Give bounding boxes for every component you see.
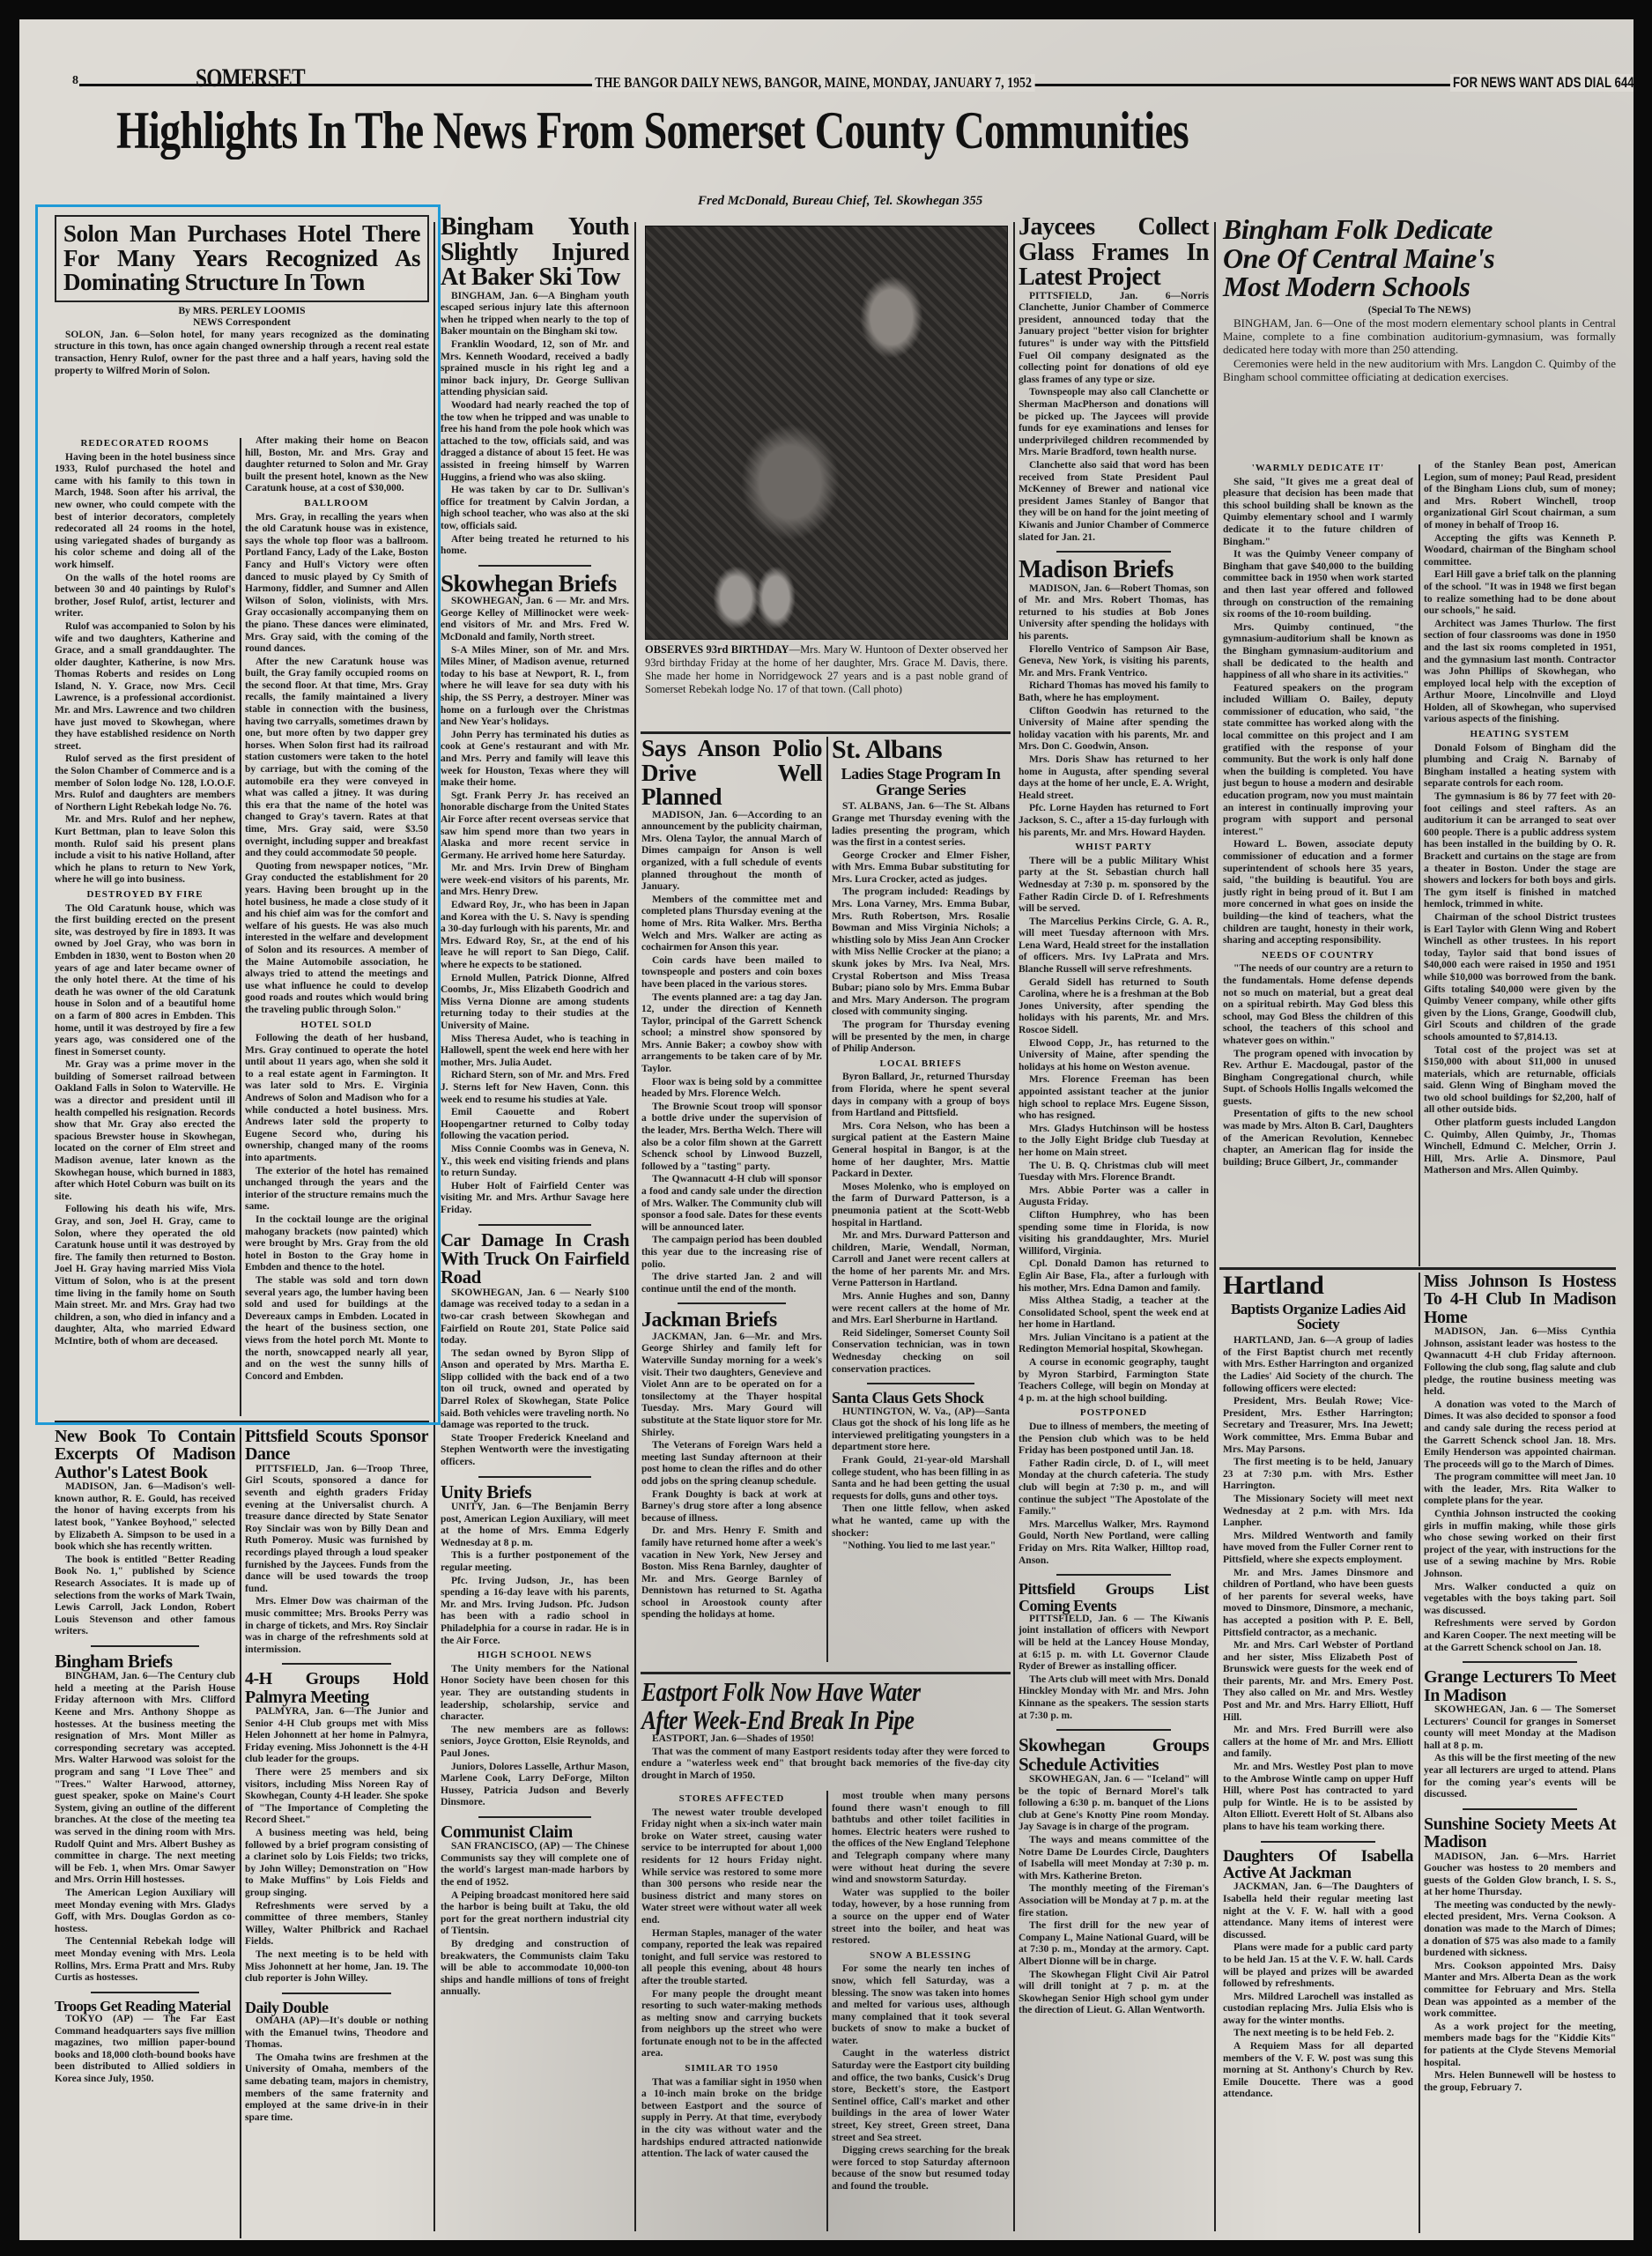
headline: Pittsfield Scouts Sponsor Dance [245,1428,428,1464]
photo-caption: OBSERVES 93rd BIRTHDAY—Mrs. Mary W. Hunt… [645,643,1008,696]
headline: Daughters Of Isabella Active At Jackman [1223,1848,1413,1882]
paragraph: This is a further postponement of the re… [441,1550,629,1574]
paragraph: S-A Miles Miner, son of Mr. and Mrs. Mil… [441,645,629,729]
subhead: HIGH SCHOOL NEWS [441,1650,629,1662]
paragraph: Earl Hill gave a brief talk on the plann… [1424,569,1616,617]
paragraph: most trouble when many persons found the… [832,1791,1010,1887]
paragraph: OMAHA (AP)—It's double or nothing with t… [245,2015,428,2052]
paragraph: Mrs. Gladys Hutchinson will be hostess t… [1019,1124,1209,1160]
article-jaycees: Jaycees Collect Glass Frames In Latest P… [1019,215,1209,2018]
paragraph: The program included: Readings by Mrs. L… [832,887,1010,1019]
divider [678,1302,786,1304]
paragraph: There will be a public Military Whist pa… [1019,856,1209,916]
paragraph: Cynthia Johnson instructed the cooking g… [1424,1509,1616,1581]
paragraph: The meeting was conducted by the newly-e… [1424,1900,1616,1960]
paragraph: Clifton Humphrey, who has been spending … [1019,1210,1209,1258]
paragraph: John Perry has terminated his duties as … [441,730,629,790]
divider [478,565,591,567]
byline-role: NEWS Correspondent [55,317,429,330]
paragraph: Other platform guests included Langdon C… [1424,1117,1616,1177]
lead-paragraph: SOLON, Jan. 6—Solon hotel, for many year… [55,330,429,377]
paragraph: There were 25 members and six visitors, … [245,1767,428,1827]
paragraph: Mrs. Quimby continued, "the gymnasium-au… [1223,622,1413,682]
article-jackman-briefs: Jackman Briefs JACKMAN, Jan. 6—Mr. and M… [641,1310,822,1621]
article-solon-hotel: Solon Man Purchases Hotel There For Many… [55,215,429,378]
paragraph: Cpl. Donald Damon has returned to Eglin … [1019,1258,1209,1295]
paragraph: Byron Ballard, Jr., returned Thursday fr… [832,1072,1010,1119]
subhead: REDECORATED ROOMS [55,438,235,450]
column-rule [1013,222,1015,2231]
paragraph: The Marcelius Perkins Circle, G. A. R., … [1019,916,1209,976]
paragraph: Mrs. Cookson appointed Mrs. Daisy Manter… [1424,1961,1616,2021]
paragraph: Ernold Mullen, Patrick Dionne, Alfred Co… [441,973,629,1033]
headline: Daily Double [245,2000,428,2015]
headline: Skowhegan Briefs [441,572,629,597]
paragraph: Mrs. Cora Nelson, who has been a surgica… [832,1121,1010,1181]
divider [478,1476,591,1478]
column-rule [433,222,435,2231]
paragraph: For some the nearly ten inches of snow, … [832,1963,1010,2047]
want-ads-line: FOR NEWS WANT ADS DIAL 6441 [1450,74,1633,92]
paragraph: A course in economic geography, taught b… [1019,1357,1209,1405]
paragraph: "Nothing. You lied to me last year." [832,1540,1010,1553]
headline: Communist Claim [441,1823,629,1841]
paragraph: The book is entitled "Better Reading Boo… [55,1555,235,1638]
paragraph: BINGHAM, Jan. 6—The Century club held a … [55,1671,235,1887]
headline: Madison Briefs [1019,558,1209,583]
article-grange-lecturers: Grange Lecturers To Meet In Madison SKOW… [1424,1668,1616,1801]
subhead: NEEDS OF COUNTRY [1223,950,1413,962]
paragraph: Coin cards have been mailed to townspeop… [641,955,822,991]
subhead: SIMILAR TO 1950 [641,2063,822,2075]
headline: Says Anson Polio Drive Well Planned [641,737,822,810]
subhead: POSTPONED [1019,1407,1209,1420]
headline: Unity Briefs [441,1483,629,1502]
paragraph: Miss Theresa Audet, who is teaching in H… [441,1034,629,1070]
divider [1463,1808,1578,1810]
paragraph: As this will be the first meeting of the… [1424,1753,1616,1800]
paragraph: President, Mrs. Beulah Rowe; Vice-Presid… [1223,1396,1413,1456]
paragraph: Edward Roy, Jr., who has been in Japan a… [441,900,629,972]
paragraph: The events planned are: a tag day Jan. 1… [641,992,822,1076]
paragraph: The campaign period has been doubled thi… [641,1235,822,1271]
article-unity-briefs: Unity Briefs UNITY, Jan. 6—The Benjamin … [441,1483,629,1809]
paragraph: The Arts club will meet with Mrs. Donald… [1019,1674,1209,1722]
eastport-col-1: STORES AFFECTED The newest water trouble… [641,1791,822,2162]
paragraph: The Old Caratunk house, which was the fi… [55,903,235,1059]
headline-line-1: Eastport Folk Now Have Water [641,1678,944,1706]
article-4h-palmyra: 4-H Groups Hold Palmyra Meeting PALMYRA,… [245,1670,428,1985]
column-rule [1419,1273,1420,2233]
subhead: WHIST PARTY [1019,842,1209,854]
headline: Hartland [1223,1273,1413,1300]
paragraph: The newest water trouble developed Frida… [641,1807,822,1927]
paragraph: Mrs. Annie Hughes and son, Danny were re… [832,1291,1010,1327]
divider [1056,1729,1171,1731]
paragraph: JACKMAN, Jan. 6—The Daughters of Isabell… [1223,1881,1413,1941]
paragraph: She said, "It gives me a great deal of p… [1223,477,1413,549]
paragraph: Mrs. Abbie Porter was a caller in August… [1019,1185,1209,1209]
divider [478,1816,591,1818]
paragraph: PITTSFIELD, Jan. 6 — The Kiwanis joint i… [1019,1614,1209,1673]
paragraph: Emil Caouette and Robert Hoopengartner r… [441,1107,629,1143]
paragraph: After making their home on Beacon hill, … [245,435,428,495]
column-rule [826,737,828,1662]
paragraph: Quoting from newspaper notices, "Mr. Gra… [245,861,428,1017]
paragraph: Floor wax is being sold by a committee h… [641,1077,822,1101]
paragraph: Donald Folsom of Bingham did the plumbin… [1424,743,1616,790]
headline-box: Solon Man Purchases Hotel There For Many… [55,215,429,302]
subhead: STORES AFFECTED [641,1793,822,1806]
headline: Car Damage In Crash With Truck On Fairfi… [441,1231,629,1288]
column-rule [240,438,241,1416]
paragraph: JACKMAN, Jan. 6—Mr. and Mrs. George Shir… [641,1332,822,1439]
paragraph: For many people the drought meant resort… [641,1989,822,2061]
paragraph: The first drill for the new year of Comp… [1019,1920,1209,1968]
paragraph: MADISON, Jan. 6—Miss Cynthia Johnson, as… [1424,1326,1616,1399]
paragraph: Mr. and Mrs. Rulof and her nephew, Kurt … [55,814,235,887]
paragraph: Then one little fellow, when asked what … [832,1503,1010,1540]
paragraph: Mr. and Mrs. Durward Patterson and child… [832,1230,1010,1290]
paragraph: Juniors, Dolores Lasselle, Arthur Mason,… [441,1762,629,1809]
headline: Bingham Youth Slightly Injured At Baker … [441,215,629,291]
paragraph: It was the Quimby Veneer company of Bing… [1223,549,1413,621]
paragraph: Sgt. Frank Perry Jr. has received an hon… [441,790,629,863]
paragraph: George Crocker and Elmer Fisher, with Mr… [832,850,1010,887]
paragraph: After the new Caratunk house was built, … [245,657,428,860]
paragraph: The U. B. Q. Christmas club will meet Tu… [1019,1161,1209,1184]
paragraph: SKOWHEGAN, Jan. 6 — Nearly $100 damage w… [441,1288,629,1347]
article-bingham-briefs: Bingham Briefs BINGHAM, Jan. 6—The Centu… [55,1652,235,1985]
paragraph: Frank Doughty is back at work at Barney'… [641,1489,822,1525]
subhead: SNOW A BLESSING [832,1950,1010,1963]
paragraph: Digging crews searching for the break we… [832,2145,1010,2193]
paragraph: Mrs. Mildred Larochell was installed as … [1223,1992,1413,2028]
article-st-albans: St. Albans Ladies Stage Program In Grang… [832,737,1010,1554]
paragraph: The sedan owned by Byron Slipp of Anson … [441,1348,629,1432]
paragraph: Mrs. Helen Bunnewell will be hostess to … [1424,2070,1616,2094]
subhead: BALLROOM [245,498,428,510]
paragraph: He was taken by car to Dr. Sullivan's of… [441,485,629,532]
article-new-book: New Book To Contain Excerpts Of Madison … [55,1428,235,2087]
paragraph: As a work project for the meeting, membe… [1424,2022,1616,2069]
page-number: 8 [72,74,78,88]
paragraph: Moses Molenko, who is employed on the fa… [832,1182,1010,1229]
paragraph: The Omaha twins are freshmen at the Univ… [245,2052,428,2125]
eastport-col-2: most trouble when many persons found the… [832,1791,1010,2194]
paragraph: The Missionary Society will meet next We… [1223,1494,1413,1530]
article-eastport: Eastport Folk Now Have Water After Week-… [641,1678,1010,1784]
section-rule [55,1421,429,1422]
paragraph: State Trooper Frederick Kneeland and Ste… [441,1433,629,1469]
paragraph: Refreshments were served by a committee … [245,1901,428,1948]
paragraph: Caught in the waterless district Saturda… [832,2048,1010,2144]
article-bingham-youth: Bingham Youth Slightly Injured At Baker … [441,215,629,2000]
paragraph: ST. ALBANS, Jan. 6—The St. Albans Grange… [832,801,1010,849]
article-daily-double: Daily Double OMAHA (AP)—It's double or n… [245,2000,428,2125]
headline: 4-H Groups Hold Palmyra Meeting [245,1670,428,1706]
paragraph: Herman Staples, manager of the water com… [641,1928,822,1988]
paragraph: Reid Sidelinger, Somerset County Soil Co… [832,1328,1010,1376]
paragraph: MADISON, Jan. 6—Mrs. Harriet Goucher was… [1424,1852,1616,1899]
subheadline: Baptists Organize Ladies Aid Society [1223,1302,1413,1332]
paragraph: Presentation of gifts to the new school … [1223,1109,1413,1169]
section-rule [641,731,1011,734]
paragraph: The program opened with invocation by Re… [1223,1049,1413,1109]
birthday-photo [645,226,1008,640]
headline-line-3: Most Modern Schools [1223,272,1616,301]
paragraph: Architect was James Thurlow. The first s… [1424,619,1616,726]
headline: Solon Man Purchases Hotel There For Many… [63,222,420,295]
paragraph: of the Stanley Bean post, American Legio… [1424,460,1616,532]
article-hartland: Hartland Baptists Organize Ladies Aid So… [1223,1273,1413,2102]
divider [1056,1574,1171,1576]
paragraph: Having been in the hotel business since … [55,452,235,572]
headline-line-2: One Of Central Maine's [1223,244,1616,273]
paragraph: Miss Connie Coombs was in Geneva, N. Y.,… [441,1144,629,1180]
paragraph: Father Radin circle, D. of I., will meet… [1019,1458,1209,1518]
dateline: THE BANGOR DAILY NEWS, BANGOR, MAINE, MO… [592,74,1034,92]
page-banner-headline: Highlights In The News From Somerset Cou… [116,100,1315,161]
paragraph: Refreshments were served by Gordon and K… [1424,1618,1616,1654]
paragraph: The Brownie Scout troop will sponsor a b… [641,1102,822,1174]
headline: St. Albans [832,737,1010,764]
lead-paragraph: Ceremonies were held in the new auditori… [1223,357,1616,383]
headline: Miss Johnson Is Hostess To 4-H Club In M… [1424,1273,1616,1326]
headline: New Book To Contain Excerpts Of Madison … [55,1428,235,1481]
headline-line-1: Bingham Folk Dedicate [1223,215,1616,244]
paragraph: The first meeting is to be held, January… [1223,1457,1413,1493]
divider [478,1224,591,1226]
paragraph: Mrs. Julian Vincitano is a patient at th… [1019,1332,1209,1356]
paragraph: BINGHAM, Jan. 6—A Bingham youth escaped … [441,291,629,338]
paragraph: In the cocktail lounge are the original … [245,1214,428,1274]
bingham-schools-col-2: of the Stanley Bean post, American Legio… [1424,460,1616,1178]
section-rule [641,1672,1011,1674]
paragraph: Rulof was accompanied to Solon by his wi… [55,621,235,753]
headline: Grange Lecturers To Meet In Madison [1424,1668,1616,1704]
subhead: DESTROYED BY FIRE [55,889,235,902]
paragraph: PALMYRA, Jan. 6—The Junior and Senior 4-… [245,1706,428,1766]
paragraph: The program for Thursday evening will be… [832,1020,1010,1056]
paragraph: SAN FRANCISCO, (AP) — The Chinese Commun… [441,1841,629,1889]
paragraph: Frank Gould, 21-year-old Marshall colleg… [832,1455,1010,1503]
paragraph: The next meeting is to be held Feb. 2. [1223,2028,1413,2040]
paragraph: The new members are as follows: seniors,… [441,1725,629,1761]
paragraph: The Unity members for the National Honor… [441,1664,629,1724]
paragraph: Mr. and Mrs. Carl Webster of Portland an… [1223,1640,1413,1724]
subhead: HOTEL SOLD [245,1020,428,1032]
paragraph: The American Legion Auxiliary will meet … [55,1888,235,1935]
section-rule [1219,1267,1616,1270]
paragraph: HARTLAND, Jan. 6—A group of ladies of th… [1223,1335,1413,1395]
paragraph: Following his death his wife, Mrs. Gray,… [55,1204,235,1347]
bureau-chief-line: Fred McDonald, Bureau Chief, Tel. Skowhe… [698,194,982,209]
subhead: 'WARMLY DEDICATE IT' [1223,463,1413,475]
paragraph: Mr. and Mrs. Westley Post plan to move t… [1223,1762,1413,1834]
paragraph: The Centennial Rebekah lodge will meet M… [55,1936,235,1984]
paragraph: UNITY, Jan. 6—The Benjamin Berry post, A… [441,1502,629,1549]
article-daughters-isabella: Daughters Of Isabella Active At Jackman … [1223,1848,1413,2101]
paragraph: On the walls of the hotel rooms are betw… [55,573,235,620]
paragraph: Dr. and Mrs. Henry F. Smith and family h… [641,1525,822,1621]
article-bingham-schools: Bingham Folk Dedicate One Of Central Mai… [1223,215,1616,384]
headline: Jackman Briefs [641,1310,822,1331]
paragraph: Clanchette also said that word has been … [1019,460,1209,544]
paragraph: That was a familiar sight in 1950 when a… [641,2077,822,2161]
paragraph: Total cost of the project was set at $15… [1424,1045,1616,1117]
paragraph: Pfc. Irving Judson, Jr., has been spendi… [441,1576,629,1648]
paragraph: Mr. Gray was a prime mover in the buildi… [55,1059,235,1203]
paragraph: TOKYO (AP) — The Far East Command headqu… [55,2014,235,2086]
paragraph: EASTPORT, Jan. 6—Shades of 1950! [641,1733,1010,1746]
divider [867,1383,974,1384]
paragraph: Franklin Woodard, 12, son of Mr. and Mrs… [441,339,629,399]
column-rule [826,1791,828,2231]
column-rule [634,222,636,2231]
paragraph: Richard Thomas has moved his family to B… [1019,680,1209,704]
article-anson-polio: Says Anson Polio Drive Well Planned MADI… [641,737,822,1622]
paragraph: By dredging and construction of breakwat… [441,1939,629,1999]
paragraph: Gerald Sidell has returned to South Caro… [1019,977,1209,1037]
section-title: SOMERSET [196,63,305,93]
paragraph: The Skowhegan Flight Civil Air Patrol wi… [1019,1970,1209,2017]
article-pittsfield-scouts: Pittsfield Scouts Sponsor Dance PITTSFIE… [245,1428,428,2125]
headline: Santa Claus Gets Shock [832,1390,1010,1406]
paragraph: Following the death of her husband, Mrs.… [245,1033,428,1165]
headline: Skowhegan Groups Schedule Activities [1019,1736,1209,1774]
headline: Jaycees Collect Glass Frames In Latest P… [1019,215,1209,291]
paragraph: SKOWHEGAN, Jan. 6 — "Iceland" will be th… [1019,1774,1209,1834]
article-car-damage: Car Damage In Crash With Truck On Fairfi… [441,1231,629,1469]
paragraph: MADISON, Jan. 6—Madison's well-known aut… [55,1481,235,1554]
divider [1261,1841,1375,1843]
article-communist-claim: Communist Claim SAN FRANCISCO, (AP) — Th… [441,1823,629,1999]
paragraph: Mrs. Marcellus Walker, Mrs. Raymond Goul… [1019,1519,1209,1567]
solon-hotel-col-2: After making their home on Beacon hill, … [245,435,428,1384]
bingham-schools-col-1: 'WARMLY DEDICATE IT' She said, "It gives… [1223,460,1413,1169]
article-madison-briefs: Madison Briefs MADISON, Jan. 6—Robert Th… [1019,558,1209,1567]
paragraph: A business meeting was held, being follo… [245,1828,428,1900]
paragraph: After being treated he returned to his h… [441,534,629,558]
divider [282,1663,392,1665]
article-pittsfield-groups: Pittsfield Groups List Coming Events PIT… [1019,1581,1209,1722]
byline: By MRS. PERLEY LOOMIS [55,306,429,318]
paragraph: Clifton Goodwin has returned to the Univ… [1019,706,1209,753]
paragraph: Richard Stern, son of Mr. and Mrs. Fred … [441,1070,629,1106]
paragraph: Mr. and Mrs. James Dinsmore and children… [1223,1568,1413,1640]
paragraph: A Peiping broadcast monitored here said … [441,1890,629,1938]
headline: Pittsfield Groups List Coming Events [1019,1581,1209,1614]
paragraph: Townspeople may also call Clanchette or … [1019,387,1209,459]
headline: Bingham Briefs [55,1652,235,1671]
paragraph: Accepting the gifts was Kenneth P. Wooda… [1424,533,1616,569]
paragraph: Florello Ventrico of Sampson Air Base, G… [1019,644,1209,680]
article-sunshine-society: Sunshine Society Meets At Madison MADISO… [1424,1815,1616,2095]
headline: Sunshine Society Meets At Madison [1424,1815,1616,1852]
paragraph: Rulof served as the first president of t… [55,753,235,813]
divider [91,1992,199,1993]
paragraph: "The needs of our country are a return t… [1223,963,1413,1047]
paragraph: Elwood Copp, Jr., has returned to the Un… [1019,1038,1209,1074]
article-troops-reading: Troops Get Reading Material TOKYO (AP) —… [55,1999,235,2086]
subhead: LOCAL BRIEFS [832,1058,1010,1071]
divider [1056,551,1171,553]
paragraph: The stable was sold and torn down severa… [245,1275,428,1383]
paragraph: HUNTINGTON, W. Va., (AP)—Santa Claus got… [832,1406,1010,1454]
paragraph: SKOWHEGAN, Jan. 6 — The Somerset Lecture… [1424,1704,1616,1752]
paragraph: The ways and means committee of the Notr… [1019,1835,1209,1882]
paragraph: Water was supplied to the boiler today, … [832,1888,1010,1948]
column-rule [1214,222,1216,2231]
paragraph: Woodard had nearly reached the top of th… [441,400,629,484]
paragraph: Mrs. Florence Freeman has been appointed… [1019,1074,1209,1122]
credit-line: (Special To The NEWS) [1223,305,1616,317]
article-skowhegan-briefs: Skowhegan Briefs SKOWHEGAN, Jan. 6 — Mr.… [441,572,629,1217]
paragraph: SKOWHEGAN, Jan. 6 — Mr. and Mrs. George … [441,596,629,643]
masthead: 8 SOMERSET THE BANGOR DAILY NEWS, BANGOR… [72,69,1633,95]
paragraph: Featured speakers on the program include… [1223,683,1413,839]
paragraph: The Qwannacutt 4-H club will sponsor a f… [641,1174,822,1234]
paragraph: Members of the committee met and complet… [641,894,822,954]
paragraph: The program committee will meet Jan. 10 … [1424,1472,1616,1508]
column-rule [240,1428,241,2238]
paragraph: Chairman of the school District trustees… [1424,912,1616,1044]
paragraph: MADISON, Jan. 6—According to an announce… [641,810,822,894]
paragraph: A donation was voted to the March of Dim… [1424,1399,1616,1472]
headline-line-2: After Week-End Break In Pipe [641,1706,944,1734]
caption-title: OBSERVES 93rd BIRTHDAY [645,643,789,656]
paragraph: A Requiem Mass for all departed members … [1223,2041,1413,2101]
paragraph: Mrs. Mildred Wentworth and family have m… [1223,1531,1413,1567]
paragraph: The drive started Jan. 2 and will contin… [641,1272,822,1295]
paragraph: The monthly meeting of the Fireman's Ass… [1019,1883,1209,1919]
divider [282,1993,392,1994]
subhead: HEATING SYSTEM [1424,729,1616,741]
divider [91,1645,199,1647]
subheadline: Ladies Stage Program In Grange Series [832,766,1010,798]
paragraph: Mr. and Mrs. Irvin Drew of Bingham were … [441,863,629,899]
paragraph: The Veterans of Foreign Wars held a meet… [641,1440,822,1488]
paragraph: Pfc. Lorne Hayden has returned to Fort J… [1019,803,1209,839]
newspaper-page: 8 SOMERSET THE BANGOR DAILY NEWS, BANGOR… [19,19,1633,2240]
paragraph: PITTSFIELD, Jan. 6—Troop Three, Girl Sco… [245,1464,428,1596]
article-miss-johnson: Miss Johnson Is Hostess To 4-H Club In M… [1424,1273,1616,2095]
paragraph: Due to illness of members, the meeting o… [1019,1421,1209,1458]
lead-paragraph: BINGHAM, Jan. 6—One of the most modern e… [1223,316,1616,356]
paragraph: The next meeting is to be held with Miss… [245,1949,428,1985]
paragraph: Mrs. Elmer Dow was chairman of the music… [245,1596,428,1656]
divider [1463,1661,1578,1663]
paragraph: Mrs. Doris Shaw has returned to her home… [1019,754,1209,802]
article-skowhegan-groups: Skowhegan Groups Schedule Activities SKO… [1019,1736,1209,2017]
paragraph: The gymnasium is 86 by 77 feet with 20-f… [1424,791,1616,911]
paragraph: Mrs. Walker conducted a quiz on vegetabl… [1424,1582,1616,1618]
column-rule [1419,464,1420,1266]
paragraph: Howard L. Bowen, associate deputy commis… [1223,839,1413,946]
solon-hotel-col-1: REDECORATED ROOMS Having been in the hot… [55,435,235,1349]
paragraph: Mr. and Mrs. Fred Burrill were also call… [1223,1725,1413,1761]
paragraph: The exterior of the hotel has remained u… [245,1166,428,1213]
paragraph: PITTSFIELD, Jan. 6—Norris Clanchette, Ju… [1019,291,1209,387]
paragraph: That was the comment of many Eastport re… [641,1747,1010,1783]
paragraph: Mrs. Gray, in recalling the years when t… [245,512,428,656]
paragraph: Miss Althea Stadig, a teacher at the Con… [1019,1295,1209,1332]
headline: Troops Get Reading Material [55,1999,235,2014]
article-santa-claus: Santa Claus Gets Shock HUNTINGTON, W. Va… [832,1390,1010,1552]
paragraph: Plans were made for a public card party … [1223,1942,1413,1990]
paragraph: Huber Holt of Fairfield Center was visit… [441,1181,629,1217]
